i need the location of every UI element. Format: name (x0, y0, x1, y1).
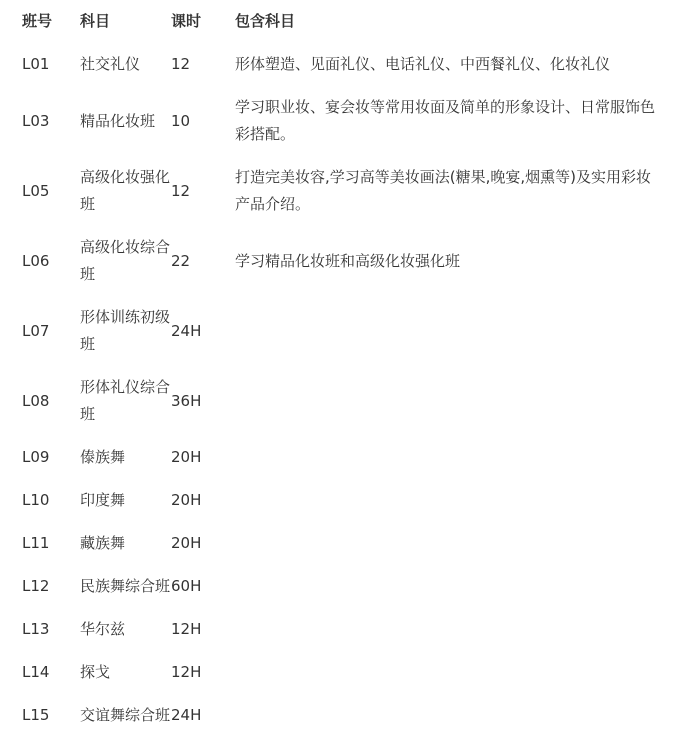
course-row: L14 探戈 12H (22, 651, 664, 694)
cell-class-number: L05 (22, 156, 80, 226)
cell-subject: 探戈 (80, 651, 171, 694)
header-subject: 科目 (80, 0, 171, 43)
cell-class-number: L01 (22, 43, 80, 86)
cell-class-number: L06 (22, 226, 80, 296)
cell-includes (235, 651, 664, 694)
cell-subject: 交谊舞综合班 (80, 694, 171, 733)
cell-class-number: L10 (22, 479, 80, 522)
course-table: 班号 科目 课时 包含科目 L01 社交礼仪 12 形体塑造、见面礼仪、电话礼仪… (22, 0, 664, 733)
cell-hours: 20H (171, 479, 235, 522)
cell-class-number: L13 (22, 608, 80, 651)
cell-includes: 打造完美妆容,学习高等美妆画法(糖果,晚宴,烟熏等)及实用彩妆产品介绍。 (235, 156, 664, 226)
cell-includes: 学习职业妆、宴会妆等常用妆面及简单的形象设计、日常服饰色彩搭配。 (235, 86, 664, 156)
cell-includes (235, 522, 664, 565)
course-row: L12 民族舞综合班 60H (22, 565, 664, 608)
cell-includes (235, 608, 664, 651)
cell-includes (235, 479, 664, 522)
cell-subject: 精品化妆班 (80, 86, 171, 156)
cell-subject: 藏族舞 (80, 522, 171, 565)
cell-hours: 12H (171, 608, 235, 651)
course-row: L11 藏族舞 20H (22, 522, 664, 565)
header-includes: 包含科目 (235, 0, 664, 43)
cell-class-number: L11 (22, 522, 80, 565)
cell-hours: 22 (171, 226, 235, 296)
cell-hours: 36H (171, 366, 235, 436)
cell-hours: 20H (171, 522, 235, 565)
cell-includes: 学习精品化妆班和高级化妆强化班 (235, 226, 664, 296)
cell-hours: 12 (171, 156, 235, 226)
cell-class-number: L14 (22, 651, 80, 694)
cell-subject: 华尔兹 (80, 608, 171, 651)
course-list-page: 班号 科目 课时 包含科目 L01 社交礼仪 12 形体塑造、见面礼仪、电话礼仪… (0, 0, 686, 733)
cell-class-number: L12 (22, 565, 80, 608)
course-row: L08 形体礼仪综合班 36H (22, 366, 664, 436)
cell-class-number: L15 (22, 694, 80, 733)
cell-includes (235, 296, 664, 366)
cell-class-number: L03 (22, 86, 80, 156)
cell-subject: 形体礼仪综合班 (80, 366, 171, 436)
course-row: L09 傣族舞 20H (22, 436, 664, 479)
course-row: L15 交谊舞综合班 24H (22, 694, 664, 733)
cell-includes (235, 436, 664, 479)
cell-hours: 24H (171, 694, 235, 733)
cell-subject: 社交礼仪 (80, 43, 171, 86)
cell-hours: 24H (171, 296, 235, 366)
cell-hours: 12H (171, 651, 235, 694)
cell-includes (235, 366, 664, 436)
course-row: L01 社交礼仪 12 形体塑造、见面礼仪、电话礼仪、中西餐礼仪、化妆礼仪 (22, 43, 664, 86)
cell-subject: 印度舞 (80, 479, 171, 522)
course-row: L03 精品化妆班 10 学习职业妆、宴会妆等常用妆面及简单的形象设计、日常服饰… (22, 86, 664, 156)
header-hours: 课时 (171, 0, 235, 43)
cell-subject: 高级化妆强化班 (80, 156, 171, 226)
cell-class-number: L08 (22, 366, 80, 436)
course-row: L07 形体训练初级班 24H (22, 296, 664, 366)
cell-includes (235, 565, 664, 608)
cell-subject: 傣族舞 (80, 436, 171, 479)
cell-includes: 形体塑造、见面礼仪、电话礼仪、中西餐礼仪、化妆礼仪 (235, 43, 664, 86)
header-row: 班号 科目 课时 包含科目 (22, 0, 664, 43)
cell-subject: 形体训练初级班 (80, 296, 171, 366)
cell-subject: 高级化妆综合班 (80, 226, 171, 296)
course-table-body: L01 社交礼仪 12 形体塑造、见面礼仪、电话礼仪、中西餐礼仪、化妆礼仪 L0… (22, 43, 664, 733)
cell-class-number: L07 (22, 296, 80, 366)
cell-hours: 10 (171, 86, 235, 156)
course-table-header: 班号 科目 课时 包含科目 (22, 0, 664, 43)
cell-hours: 60H (171, 565, 235, 608)
course-row: L10 印度舞 20H (22, 479, 664, 522)
course-row: L05 高级化妆强化班 12 打造完美妆容,学习高等美妆画法(糖果,晚宴,烟熏等… (22, 156, 664, 226)
cell-class-number: L09 (22, 436, 80, 479)
cell-hours: 12 (171, 43, 235, 86)
header-class-number: 班号 (22, 0, 80, 43)
course-row: L13 华尔兹 12H (22, 608, 664, 651)
cell-subject: 民族舞综合班 (80, 565, 171, 608)
cell-includes (235, 694, 664, 733)
cell-hours: 20H (171, 436, 235, 479)
course-row: L06 高级化妆综合班 22 学习精品化妆班和高级化妆强化班 (22, 226, 664, 296)
